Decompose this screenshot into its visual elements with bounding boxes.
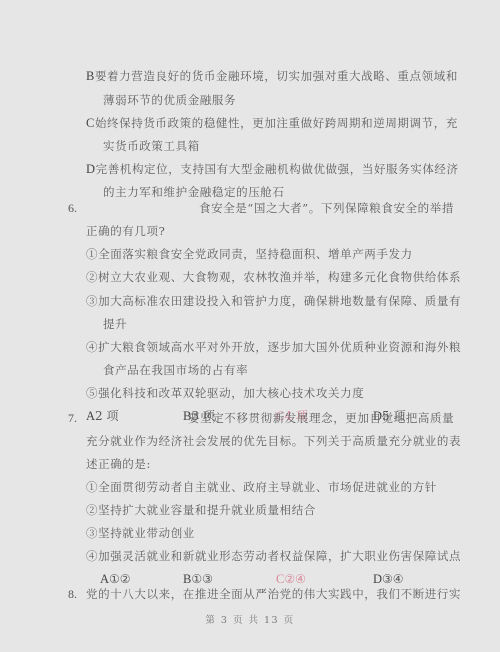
q6-statement-4-cont: 食产品在我国市场的占有率 xyxy=(103,362,248,378)
q5-option-c: C始终保持货币政策的稳健性，更加注重做好跨周期和逆周期调节，充 xyxy=(86,115,458,131)
question-6-stem: 食安全是“国之大者”。下列保障粮食安全的举措 xyxy=(199,200,454,216)
q6-statement-3-cont: 提升 xyxy=(103,316,127,332)
q7-statement-3: ③坚持就业带动创业 xyxy=(86,525,195,541)
question-6-stem-cont: 正确的有几项? xyxy=(86,223,165,239)
q6-choice-a: A2 项 xyxy=(86,408,118,424)
q6-statement-4: ④扩大粮食领域高水平对外开放，逐步加大国外优质种业资源和海外粮 xyxy=(86,339,461,355)
q6-statement-3: ③加大高标准农田建设投入和管护力度，确保耕地数量有保障、质量有 xyxy=(86,293,461,309)
question-8-number: 8. xyxy=(68,586,77,602)
choice-letter: A xyxy=(86,409,95,423)
q7-choice-d: D③④ xyxy=(373,571,404,587)
option-letter: C xyxy=(86,116,95,130)
page-number-footer: 第 3 页 共 13 页 xyxy=(0,612,500,626)
option-letter: B xyxy=(86,69,95,83)
q5-option-b: B要着力营造良好的货币金融环境，切实加强对重大战略、重点领域和 xyxy=(86,68,458,84)
choice-text: ①③ xyxy=(191,572,213,586)
q7-statement-2: ②坚持扩大就业容量和提升就业质量相结合 xyxy=(86,502,316,518)
choice-text: 2 项 xyxy=(95,409,118,423)
q5-option-d-cont: 的主力军和维护金融稳定的压舱石 xyxy=(103,184,285,200)
question-6-number: 6. xyxy=(68,200,77,216)
q6-statement-5: ⑤强化科技和改革双轮驱动，加大核心技术攻关力度 xyxy=(86,385,364,401)
q5-option-b-cont: 薄弱环节的优质金融服务 xyxy=(103,92,236,108)
question-7-stem-cont-2: 述正确的是: xyxy=(86,456,151,472)
choice-letter: D xyxy=(373,572,382,586)
q7-choice-a: A①② xyxy=(100,571,131,587)
choice-text: ①② xyxy=(109,572,131,586)
option-text: 完善机构定位，支持国有大型金融机构做优做强，当好服务实体经济 xyxy=(96,162,459,176)
q7-statement-4: ④加强灵活就业和新就业形态劳动者权益保障，扩大职业伤害保障试点 xyxy=(86,548,461,564)
q5-option-c-cont: 实货币政策工具箱 xyxy=(103,138,200,154)
q7-statement-1: ①全面贯彻劳动者自主就业、政府主导就业、市场促进就业的方针 xyxy=(86,479,437,495)
option-letter: D xyxy=(86,162,96,176)
q7-choice-b: B①③ xyxy=(183,571,213,587)
option-text: 始终保持货币政策的稳健性，更加注重做好跨周期和逆周期调节，充 xyxy=(95,116,458,130)
question-7-number: 7. xyxy=(68,410,77,426)
question-8-stem: 党的十八大以来，在推进全面从严治党的伟大实践中，我们不断进行实 xyxy=(86,586,461,602)
q7-choice-c-highlighted: C②④ xyxy=(276,571,306,587)
choice-letter: A xyxy=(100,572,109,586)
option-text: 要着力营造良好的货币金融环境，切实加强对重大战略、重点领域和 xyxy=(95,69,458,83)
q5-option-d: D完善机构定位，支持国有大型金融机构做优做强，当好服务实体经济 xyxy=(86,161,459,177)
question-7-stem: 要坚定不移贯彻新发展理念，更加自觉地把高质量 xyxy=(188,410,454,426)
question-7-stem-cont-1: 充分就业作为经济社会发展的优先目标。下列关于高质量充分就业的表 xyxy=(86,433,461,449)
choice-text: ②④ xyxy=(284,572,306,586)
q6-statement-1: ①全面落实粮食安全党政同责，坚持稳面积、增单产两手发力 xyxy=(86,246,413,262)
choice-text: ③④ xyxy=(382,572,404,586)
q6-statement-2: ②树立大农业观、大食物观，农林牧渔并举，构建多元化食物供给体系 xyxy=(86,269,461,285)
